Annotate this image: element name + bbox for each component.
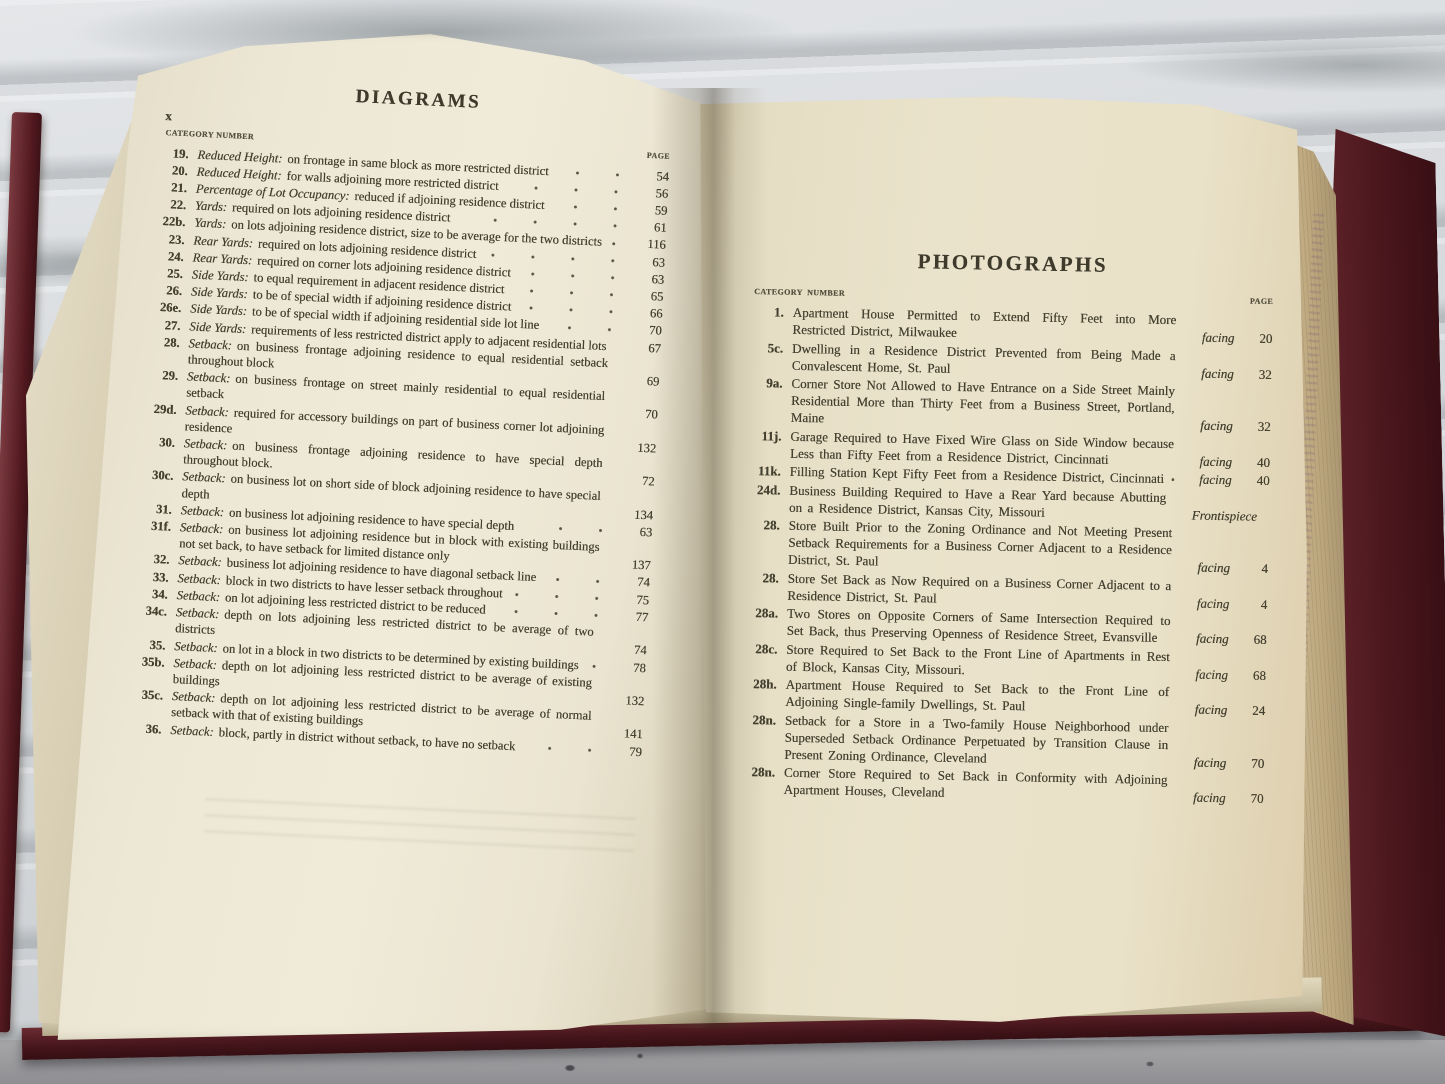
dot-leader [601,643,615,656]
entry-number: 32. [142,551,179,569]
entry-term: Rear Yards: [192,250,257,267]
entry-page: 40 [1244,453,1270,470]
entry-text: Store Built Prior to the Zoning Ordinanc… [788,518,1172,569]
entry-number: 21. [160,179,197,197]
entry-page: 32 [1246,365,1272,382]
entry-page: 74 [620,641,647,658]
dot-leader [610,237,634,250]
entry-number: 28. [746,568,788,586]
entry-text: Store Set Back as Now Required on a Busi… [787,570,1171,605]
facing-label: facing [1194,753,1239,771]
entry-term: Setback: [178,554,227,570]
facing-label: facing [1199,452,1244,470]
entry-number: 29d. [149,400,186,418]
entry-term: Side Yards: [192,268,254,285]
dot-leader [1172,473,1193,485]
entry-page: 32 [1245,417,1271,434]
entry-term: Setback: [187,370,236,386]
facing-label: Frontispiece [1192,506,1270,524]
entry-number: 11j. [748,426,790,444]
entry-text: Store Required to Set Back to the Front … [786,641,1170,676]
photographs-list: 1. Apartment House Permitted to Extend F… [741,303,1272,807]
entry-page: 40 [1244,471,1270,488]
entry-number: 30. [148,434,185,452]
entry-page: 4 [1242,559,1268,576]
dot-leader [1175,791,1187,803]
entry-page: 78 [619,659,646,676]
dot-leader [1177,668,1189,680]
dot-leader [1184,331,1196,343]
facing-label: facing [1193,789,1238,807]
dot-leader [519,267,633,284]
entry-body: Apartment House Required to Set Back to … [785,676,1169,717]
book-photo-scene: DIAGRAMS x CATEGORY NUMBER PAGE 19. Redu… [0,0,1445,1084]
entry-page: 70 [1237,789,1263,806]
entry-number: 28h. [744,675,786,693]
dot-leader [606,558,619,571]
dot-leader [522,520,621,537]
entry-page: 56 [642,184,669,201]
entry-term: Rear Yards: [193,233,258,250]
facing-label: facing [1197,594,1242,612]
entry-page: 70 [1238,754,1264,771]
entry-term: Setback: [180,503,229,519]
entry-term: Yards: [195,199,233,215]
entry-number: 28. [747,516,789,534]
dot-leader [510,588,617,605]
diagrams-list: 19. Reduced Height:on frontage in same b… [134,145,669,760]
dot-leader [556,165,637,181]
entry-page: 66 [636,305,663,322]
entry-page: 134 [627,506,654,523]
entry-term: Setback: [177,571,226,587]
dot-leader [1178,632,1190,644]
entry-number: 31. [144,500,181,518]
entry-text: Corner Store Required to Set Back in Con… [784,765,1168,800]
dot-leader [547,320,630,336]
photographs-page-text: PHOTOGRAPHS CATEGORY NUMBER PAGE 1. Apar… [741,250,1273,808]
dot-leader [544,572,618,587]
entry-number: 28n. [742,763,784,781]
entry-number: 19. [161,145,198,163]
entry-term: Setback: [185,403,234,419]
toc-entry: 28n. Setback for a Store in a Two-family… [742,710,1265,771]
entry-body: Setback for a Store in a Two-family Hous… [784,711,1168,769]
category-number-header: CATEGORY NUMBER [754,283,845,302]
dot-leader [1179,597,1191,609]
entry-body: Two Stores on Opposite Corners of Same I… [787,605,1171,646]
entry-page: 132 [630,439,657,456]
entry-page: 77 [622,608,649,625]
entry-page: 70 [635,322,662,339]
facing-label: facing [1197,559,1242,577]
entry-page: 68 [1240,666,1266,683]
entry-number: 1. [751,303,793,321]
entry-term: Setback: [176,588,225,604]
entry-term: Reduced Height: [197,147,288,165]
entry-number: 27. [153,316,190,334]
entry-page: 67 [635,339,662,356]
dot-leader [612,407,626,420]
entry-number: 34. [140,585,177,603]
entry-page: 61 [640,219,667,236]
entry-page: 141 [616,725,643,742]
dot-leader [609,474,622,487]
entry-number: 26e. [154,299,191,317]
entry-number: 11k. [748,462,790,480]
entry-term: Setback: [176,605,225,621]
entry-term: Side Yards: [190,302,252,319]
entry-body: Business Building Required to Have a Rea… [789,481,1166,522]
dot-leader [599,693,613,706]
entry-text: Garage Required to Have Fixed Wire Glass… [790,428,1174,466]
entry-page: 54 [643,167,670,184]
entry-term: Side Yards: [189,319,251,336]
page-header: PAGE [646,148,670,165]
entry-body: Garage Required to Have Fixed Wire Glass… [790,427,1174,468]
entry-text: Setback for a Store in a Two-family Hous… [784,712,1168,765]
entry-term: Setback: [172,689,221,705]
entry-body: Apartment House Permitted to Extend Fift… [792,304,1176,345]
entry-number: 5c. [750,338,792,356]
entry-number: 30c. [146,467,183,485]
entry-page: 63 [638,270,665,287]
facing-label: facing [1202,329,1247,347]
entry-number: 33. [141,568,178,586]
entry-page: 79 [616,743,643,760]
dot-leader [614,340,629,353]
entry-page: 116 [639,236,666,253]
entry-page: 65 [637,288,664,305]
category-number-header: CATEGORY NUMBER [165,125,254,145]
entry-page: 137 [624,556,651,573]
entry-body: Corner Store Not Allowed to Have Entranc… [791,375,1175,433]
dot-leader [1176,756,1188,768]
dot-leader [1183,367,1195,379]
entry-number: 28n. [743,710,785,728]
entry-body: Store Required to Set Back to the Front … [786,640,1170,681]
entry-page: 74 [623,574,650,591]
entry-text: Corner Store Not Allowed to Have Entranc… [791,376,1175,426]
entry-number: 28. [152,334,189,352]
entry-number: 31f. [144,518,181,536]
entry-page: 68 [1240,630,1266,647]
entry-body: Corner Store Required to Set Back in Con… [783,764,1167,805]
dot-leader [523,740,610,756]
dot-leader [1179,561,1191,573]
toc-entry: 9a. Corner Store Not Allowed to Have Ent… [749,374,1272,435]
dot-leader [552,200,635,216]
entry-term: Setback: [182,470,231,486]
facing-label: facing [1195,665,1240,683]
entry-number: 9a. [749,374,791,392]
entry-body: Store Set Back as Now Required on a Busi… [787,569,1171,610]
facing-label: facing [1196,630,1241,648]
entry-number: 20. [160,162,197,180]
entry-page: 75 [623,591,650,608]
entry-page: 59 [641,202,668,219]
entry-term: Setback: [188,336,237,352]
facing-label: facing [1201,364,1246,382]
entry-number: 24. [156,248,193,266]
entry-number: 26. [155,282,192,300]
entry-number: 22. [159,196,196,214]
entry-text: Dwelling in a Residence District Prevent… [792,340,1176,375]
dot-leader [1177,703,1189,715]
facing-label: facing [1200,417,1245,435]
toc-entry: 28. Store Built Prior to the Zoning Ordi… [746,516,1269,577]
entry-number: 22b. [158,213,195,231]
entry-number: 29. [151,367,188,385]
diagrams-page-text: DIAGRAMS x CATEGORY NUMBER PAGE 19. Redu… [134,80,672,761]
entry-page: 63 [639,253,666,270]
entry-page: 63 [626,523,653,540]
entry-number: 28c. [744,639,786,657]
entry-number: 35. [138,636,175,654]
entry-term: Setback: [170,722,219,738]
entry-number: 34c. [140,603,177,621]
entry-page: 24 [1239,701,1265,718]
entry-page: 70 [631,406,658,423]
entry-page: 20 [1246,330,1272,347]
entry-number: 35c. [136,686,173,704]
dot-leader [1181,455,1193,467]
entry-term: Setback: [180,520,229,536]
facing-label: facing [1195,701,1240,719]
entry-number: 36. [134,720,171,738]
entry-text: Business Building Required to Have a Rea… [789,482,1166,519]
dot-leader [586,659,614,672]
entry-term: Setback: [173,656,222,672]
page-header: PAGE [1250,293,1274,310]
dot-leader [519,301,631,318]
facing-label: facing [1199,471,1244,489]
entry-term: Setback: [174,639,223,655]
dot-leader [608,507,622,520]
entry-term: Reduced Height: [196,164,287,182]
entry-page: 72 [628,473,655,490]
dot-leader [1174,509,1186,521]
entry-number: 24d. [747,480,789,498]
entry-page: 69 [633,372,660,389]
entry-number: 25. [156,265,193,283]
entry-page: 132 [618,692,645,709]
entry-term: Setback: [184,436,233,452]
dot-leader [611,441,624,454]
dot-leader [615,374,628,387]
entry-term: Side Yards: [191,285,253,302]
entry-text: Two Stores on Opposite Corners of Same I… [787,606,1171,645]
entry-page: 4 [1241,595,1267,612]
entry-number: 35b. [137,653,174,671]
entry-body: Dwelling in a Residence District Prevent… [792,339,1176,380]
dot-leader [1182,419,1194,431]
entry-number: 23. [157,230,194,248]
entry-text: Apartment House Required to Set Back to … [785,677,1169,714]
dot-leader [598,727,611,740]
entry-term: Yards: [194,216,232,232]
entry-number: 28a. [745,604,787,622]
entry-body: Store Built Prior to the Zoning Ordinanc… [788,517,1172,575]
entry-text: Apartment House Permitted to Extend Fift… [792,305,1176,340]
